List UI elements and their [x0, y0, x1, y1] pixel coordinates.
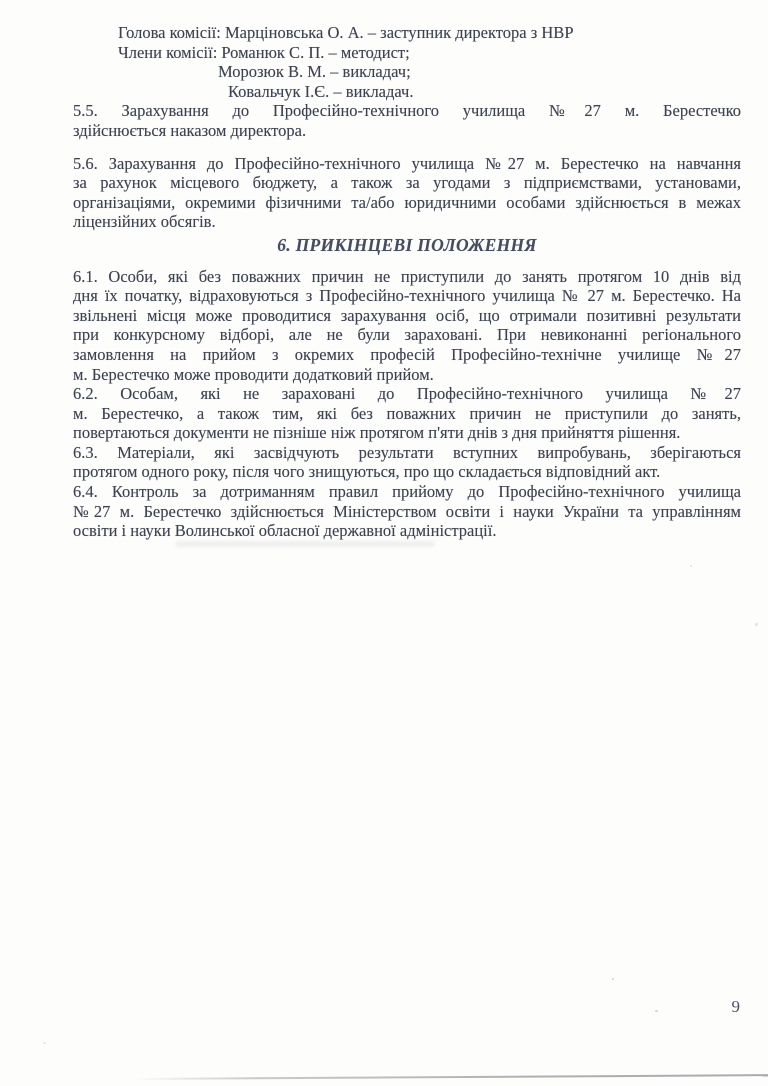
- text-line: замовлення на прийом з окремих професій …: [73, 345, 741, 365]
- scan-speck: [655, 1010, 658, 1012]
- scanned-document-page: Голова комісії: Марціновська О. А. – зас…: [0, 0, 768, 1086]
- scan-speck: [690, 565, 692, 567]
- text-line: при конкурсному відборі, але не були зар…: [73, 325, 741, 345]
- text-line: протягом одного року, після чого знищуют…: [73, 462, 741, 482]
- text-line: №27 м. Берестечко здійснюється Міністерс…: [73, 502, 741, 522]
- text-line: м. Берестечко може проводити додатковий …: [73, 365, 741, 385]
- scan-speck: [43, 1042, 46, 1044]
- text-line: 5.6. Зарахування до Професійно-технічног…: [73, 154, 741, 174]
- text-line: 6.2. Особам, які не зараховані до Профес…: [73, 384, 741, 404]
- text-line: 6.3. Матеріали, які засвідчують результа…: [73, 443, 741, 463]
- paragraph-6-1: 6.1. Особи, які без поважних причин не п…: [73, 267, 741, 385]
- committee-members-line: Члени комісії: Романюк С. П. – методист;: [73, 43, 741, 63]
- paragraph-6-2: 6.2. Особам, які не зараховані до Профес…: [73, 384, 741, 443]
- text-line: 5.5. Зарахування до Професійно-технічног…: [73, 101, 741, 121]
- text-line: 6.1. Особи, які без поважних причин не п…: [73, 267, 741, 287]
- committee-member-line: Морозюк В. М. – викладач;: [73, 62, 741, 82]
- section-heading-final-provisions: 6. ПРИКІНЦЕВІ ПОЛОЖЕННЯ: [73, 236, 741, 256]
- committee-head-line: Голова комісії: Марціновська О. А. – зас…: [73, 23, 741, 43]
- text-line: ліцензійних обсягів.: [73, 212, 741, 232]
- page-number: 9: [732, 997, 741, 1017]
- paragraph-6-4: 6.4. Контроль за дотриманням правил прий…: [73, 482, 741, 541]
- paragraph-5-6: 5.6. Зарахування до Професійно-технічног…: [73, 154, 741, 232]
- text-line: за рахунок місцевого бюджету, а також за…: [73, 173, 741, 193]
- text-line: організаціями, окремими фізичними та/або…: [73, 193, 741, 213]
- text-line: звільнені місця може проводитися зарахув…: [73, 306, 741, 326]
- scan-speck: [612, 978, 614, 980]
- paragraph-6-3: 6.3. Матеріали, які засвідчують результа…: [73, 443, 741, 482]
- scan-speck: [755, 623, 758, 626]
- ink-bleed-smudge: [175, 541, 435, 547]
- committee-member-line: Ковальчук І.Є. – викладач.: [73, 82, 741, 102]
- text-line: 6.4. Контроль за дотриманням правил прий…: [73, 482, 741, 502]
- scan-page-edge-line: [135, 1074, 768, 1080]
- text-line: повертаються документи не пізніше ніж пр…: [73, 423, 741, 443]
- text-line: здійснюється наказом директора.: [73, 121, 741, 141]
- document-text-block: Голова комісії: Марціновська О. А. – зас…: [73, 23, 741, 541]
- text-line: м. Берестечко, а також тим, які без пова…: [73, 404, 741, 424]
- paragraph-5-5: 5.5. Зарахування до Професійно-технічног…: [73, 101, 741, 140]
- text-line: дня їх початку, відраховуються з Професі…: [73, 286, 741, 306]
- text-line: освіти і науки Волинської обласної держа…: [73, 521, 741, 541]
